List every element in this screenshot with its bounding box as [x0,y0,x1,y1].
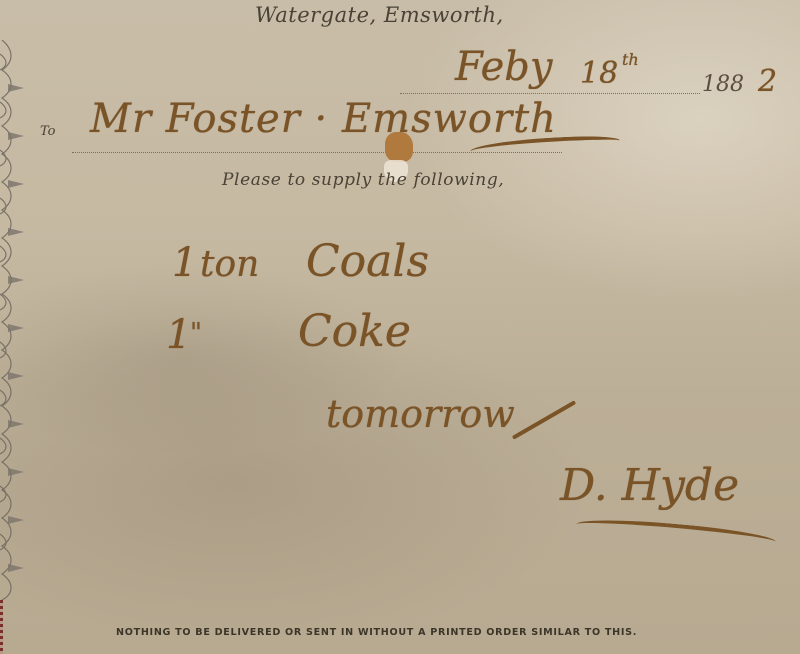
date-day-suffix: th [622,50,639,69]
date-month: Feby [455,44,552,90]
date-dotted-line [400,93,700,94]
item-unit: ton [200,244,259,285]
year-printed-prefix: 188 [702,72,744,97]
paper-tear-patch [385,132,413,162]
ornamental-border-icon [0,40,26,600]
instruction-line: Please to supply the following, [222,170,504,190]
item-unit: " [190,318,202,348]
date-day: 18 [580,56,618,91]
item-quantity: 1 [172,240,197,286]
item-description: Coals [306,236,429,287]
footer-notice: NOTHING TO BE DELIVERED OR SENT IN WITHO… [116,627,716,638]
to-label: To [40,124,56,139]
letterhead-address: Watergate, Emsworth, [255,3,504,27]
red-page-edge [0,600,3,654]
year-handwritten-digit: 2 [758,64,777,99]
item-description: Coke [298,306,411,357]
recipient-name: Mr Foster · Emsworth [90,96,557,142]
item-quantity: 1 [166,312,191,358]
delivery-note: tomorrow [326,392,515,436]
signature: D. Hyde [560,460,739,511]
